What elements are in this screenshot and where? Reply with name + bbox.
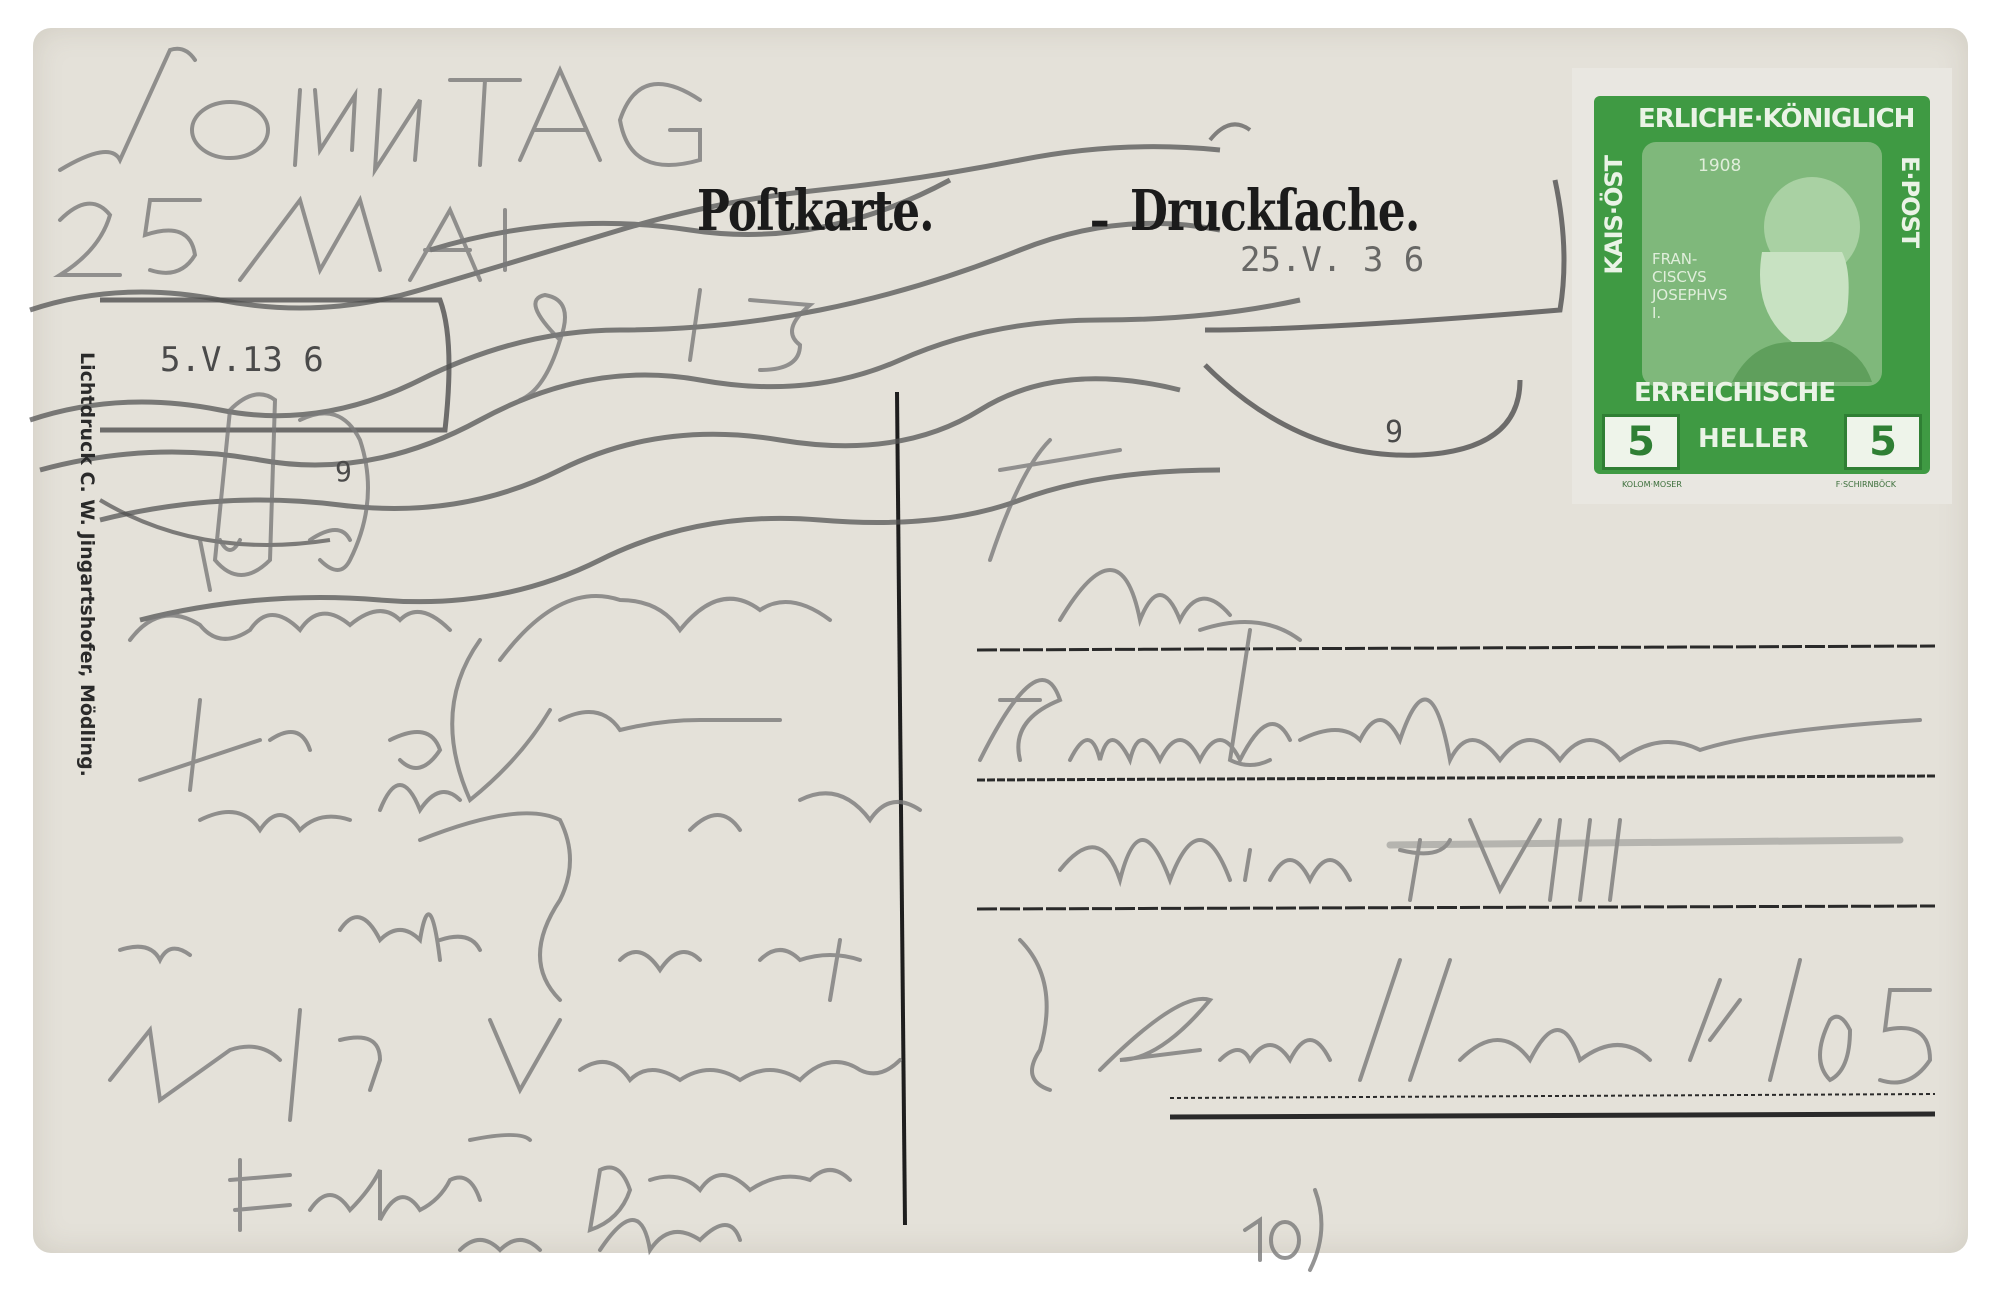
- postmark-date-left: 5.V.13 6: [160, 340, 324, 380]
- stamp-top-text: ERLICHE·KÖNIGLICH: [1638, 104, 1914, 134]
- postmark-code-right: 9: [1385, 415, 1403, 450]
- stamp-value-left: 5: [1602, 414, 1680, 470]
- stamp-face: ERLICHE·KÖNIGLICH KAIS·ÖST E·POST 1908 F…: [1594, 96, 1930, 474]
- stamp-caption: FRAN- CISCVS JOSEPHVS I.: [1652, 250, 1727, 322]
- postmark-date-right: 25.V. 3 6: [1240, 240, 1424, 280]
- stamp-right-text: E·POST: [1896, 156, 1924, 247]
- stamp-designer: KOLOM·MOSER: [1622, 480, 1682, 489]
- stamp-bottom-text: ERREICHISCHE: [1634, 378, 1835, 408]
- printer-imprint: Lichtdruck C. W. Jingartshofer, Mödling.: [76, 352, 98, 777]
- postcard-label: Poſtkarte.: [697, 178, 934, 244]
- stamp-engraver: F·SCHIRNBÖCK: [1836, 480, 1896, 489]
- postage-stamp: ERLICHE·KÖNIGLICH KAIS·ÖST E·POST 1908 F…: [1572, 68, 1952, 504]
- header-separator: –: [1090, 190, 1109, 249]
- stamp-left-text: KAIS·ÖST: [1600, 156, 1628, 275]
- emperor-portrait-icon: [1732, 172, 1872, 382]
- printed-matter-label: Druckſache.: [1130, 178, 1419, 244]
- stamp-portrait: 1908 FRAN- CISCVS JOSEPHVS I.: [1642, 142, 1882, 386]
- stamp-currency: HELLER: [1698, 424, 1808, 454]
- stamp-value-right: 5: [1844, 414, 1922, 470]
- postmark-code-left: 9: [335, 455, 352, 488]
